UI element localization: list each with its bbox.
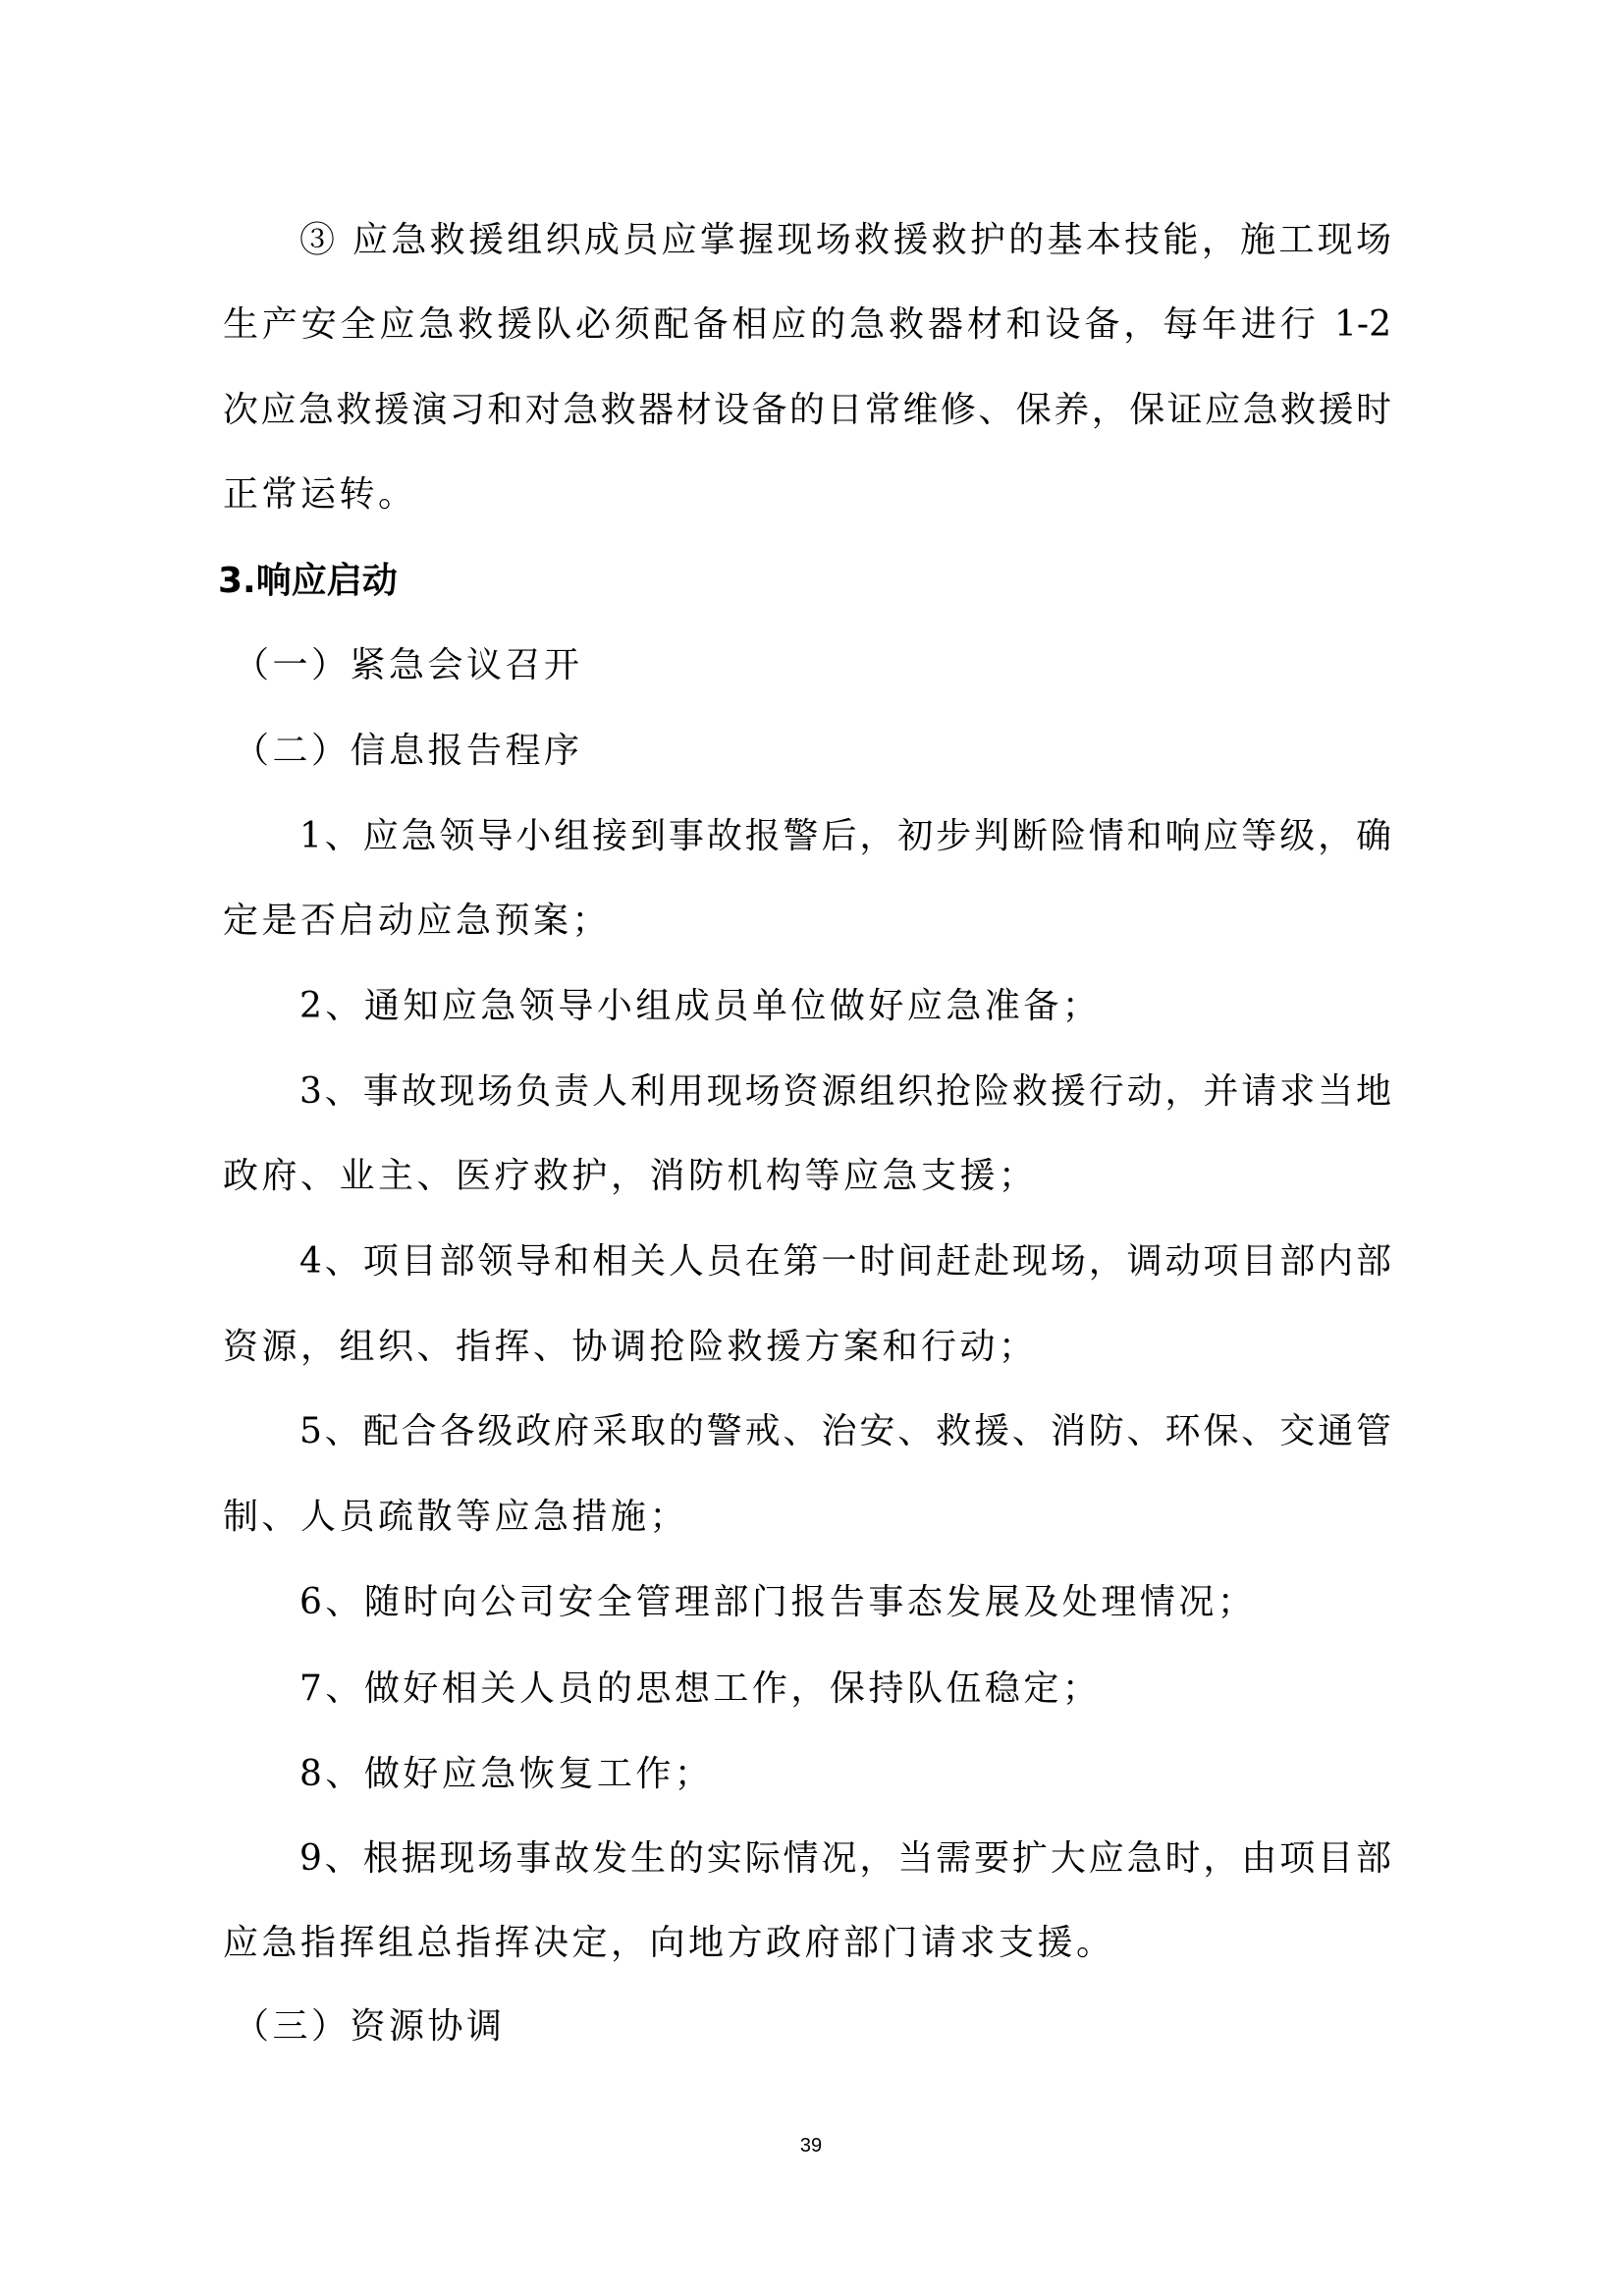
list-item-4-continuation: 资源，组织、指挥、协调抢险救援方案和行动； [223, 1318, 1391, 1377]
page-number: 39 [762, 2131, 860, 2160]
list-item-9: 9、根据现场事故发生的实际情况，当需要扩大应急时，由项目部 [299, 1830, 1391, 1888]
list-item-3: 3、事故现场负责人利用现场资源组织抢险救援行动，并请求当地 [299, 1063, 1391, 1121]
list-item-3-continuation: 政府、业主、医疗救护，消防机构等应急支援； [223, 1147, 1391, 1206]
list-item-9-continuation: 应急指挥组总指挥决定，向地方政府部门请求支援。 [223, 1914, 1391, 1973]
paragraph-line: 正常运转。 [223, 465, 1391, 524]
list-item-1: 1、应急领导小组接到事故报警后，初步判断险情和响应等级，确 [299, 807, 1391, 866]
list-item-7: 7、做好相关人员的思想工作，保持队伍稳定； [299, 1660, 1391, 1719]
paragraph-line: 次应急救援演习和对急救器材设备的日常维修、保养，保证应急救援时 [223, 381, 1391, 440]
list-item-5: 5、配合各级政府采取的警戒、治安、救援、消防、环保、交通管 [299, 1402, 1391, 1461]
list-item-1-continuation: 定是否启动应急预案； [223, 892, 1391, 951]
document-page: ③ 应急救援组织成员应掌握现场救援救护的基本技能，施工现场 生产安全应急救援队必… [0, 0, 1623, 2296]
list-item-8: 8、做好应急恢复工作； [299, 1745, 1391, 1804]
subsection-heading: （三）资源协调 [234, 1997, 1402, 2056]
list-item-6: 6、随时向公司安全管理部门报告事态发展及处理情况； [299, 1573, 1391, 1632]
paragraph-line: 生产安全应急救援队必须配备相应的急救器材和设备，每年进行 1-2 [223, 296, 1391, 355]
list-item-2: 2、通知应急领导小组成员单位做好应急准备； [299, 977, 1391, 1036]
section-heading: 3.响应启动 [218, 552, 1386, 611]
list-item-5-continuation: 制、人员疏散等应急措施； [223, 1488, 1391, 1547]
subsection-heading: （二）信息报告程序 [234, 722, 1402, 781]
subsection-heading: （一）紧急会议召开 [234, 636, 1402, 695]
paragraph-line: ③ 应急救援组织成员应掌握现场救援救护的基本技能，施工现场 [299, 211, 1391, 270]
list-item-4: 4、项目部领导和相关人员在第一时间赶赴现场，调动项目部内部 [299, 1232, 1391, 1291]
